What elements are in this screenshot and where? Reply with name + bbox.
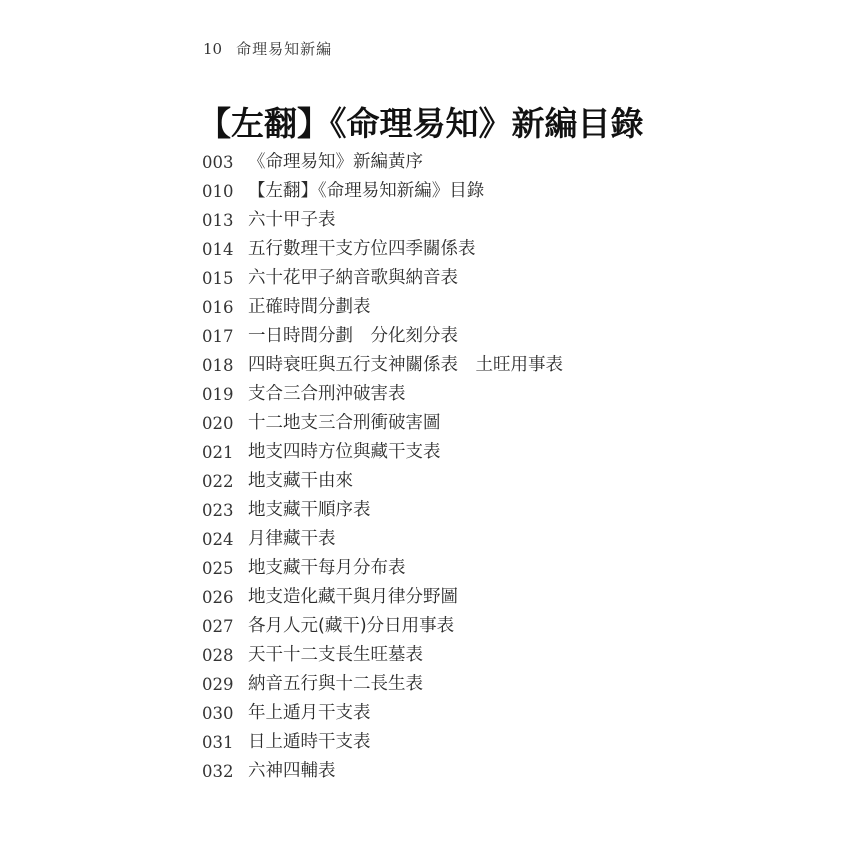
toc-entry-label: 一日時間分劃 分化刻分表 (248, 322, 458, 351)
toc-entry: 025地支藏干每月分布表 (202, 554, 563, 583)
page-number: 10 (203, 40, 222, 58)
toc-entry-label: 五行數理干支方位四季關係表 (248, 235, 476, 264)
toc-entry-label: 日上遁時干支表 (248, 728, 371, 757)
toc-entry: 015六十花甲子納音歌與納音表 (202, 264, 563, 293)
toc-entry-label: 地支藏干順序表 (248, 496, 371, 525)
toc-entry-label: 地支藏干由來 (248, 467, 353, 496)
toc-entry-label: 正確時間分劃表 (248, 293, 371, 322)
toc-page-number: 017 (202, 322, 248, 351)
toc-entry-label: 納音五行與十二長生表 (248, 670, 423, 699)
toc-entry: 028天干十二支長生旺墓表 (202, 641, 563, 670)
toc-page-number: 013 (202, 206, 248, 235)
toc-page-number: 024 (202, 525, 248, 554)
toc-entry: 023地支藏干順序表 (202, 496, 563, 525)
toc-page-number: 027 (202, 612, 248, 641)
toc-page-number: 026 (202, 583, 248, 612)
page-title: 【左翻】《命理易知》新編目錄 (198, 98, 644, 145)
toc-entry-label: 四時衰旺與五行支神關係表 土旺用事表 (248, 351, 563, 380)
toc-entry-label: 支合三合刑沖破害表 (248, 380, 406, 409)
toc-entry: 026地支造化藏干與月律分野圖 (202, 583, 563, 612)
toc-page-number: 010 (202, 177, 248, 206)
toc-entry-label: 各月人元(藏干)分日用事表 (248, 612, 454, 641)
toc-entry: 029納音五行與十二長生表 (202, 670, 563, 699)
table-of-contents: 003《命理易知》新編黃序 010【左翻】《命理易知新編》目錄 013六十甲子表… (202, 148, 563, 786)
running-head-title: 命理易知新編 (236, 38, 332, 59)
toc-page-number: 030 (202, 699, 248, 728)
toc-page-number: 031 (202, 728, 248, 757)
toc-entry-label: 地支造化藏干與月律分野圖 (248, 583, 458, 612)
toc-entry-label: 地支四時方位與藏干支表 (248, 438, 441, 467)
toc-entry: 010【左翻】《命理易知新編》目錄 (202, 177, 563, 206)
toc-page-number: 016 (202, 293, 248, 322)
toc-entry-label: 六十甲子表 (248, 206, 336, 235)
toc-entry: 019支合三合刑沖破害表 (202, 380, 563, 409)
toc-entry: 021地支四時方位與藏干支表 (202, 438, 563, 467)
toc-entry-label: 十二地支三合刑衝破害圖 (248, 409, 441, 438)
toc-entry: 016正確時間分劃表 (202, 293, 563, 322)
toc-entry-label: 《命理易知》新編黃序 (248, 148, 423, 177)
toc-page-number: 019 (202, 380, 248, 409)
toc-page-number: 029 (202, 670, 248, 699)
toc-entry: 018四時衰旺與五行支神關係表 土旺用事表 (202, 351, 563, 380)
toc-page-number: 022 (202, 467, 248, 496)
toc-page-number: 003 (202, 148, 248, 177)
toc-entry: 024月律藏干表 (202, 525, 563, 554)
toc-entry: 032六神四輔表 (202, 757, 563, 786)
toc-entry-label: 年上遁月干支表 (248, 699, 371, 728)
toc-page-number: 028 (202, 641, 248, 670)
toc-entry-label: 六神四輔表 (248, 757, 336, 786)
toc-entry: 017一日時間分劃 分化刻分表 (202, 322, 563, 351)
toc-entry: 022地支藏干由來 (202, 467, 563, 496)
toc-page-number: 023 (202, 496, 248, 525)
toc-entry: 013六十甲子表 (202, 206, 563, 235)
toc-entry-label: 地支藏干每月分布表 (248, 554, 406, 583)
toc-page-number: 014 (202, 235, 248, 264)
toc-entry: 027各月人元(藏干)分日用事表 (202, 612, 563, 641)
toc-entry-label: 月律藏干表 (248, 525, 336, 554)
toc-entry: 031日上遁時干支表 (202, 728, 563, 757)
toc-entry-label: 天干十二支長生旺墓表 (248, 641, 423, 670)
toc-page-number: 015 (202, 264, 248, 293)
toc-entry: 030年上遁月干支表 (202, 699, 563, 728)
toc-page-number: 032 (202, 757, 248, 786)
toc-entry: 020十二地支三合刑衝破害圖 (202, 409, 563, 438)
toc-entry-label: 【左翻】《命理易知新編》目錄 (248, 177, 484, 206)
toc-page-number: 020 (202, 409, 248, 438)
running-head: 10 命理易知新編 (203, 38, 332, 59)
toc-page-number: 018 (202, 351, 248, 380)
toc-page-number: 025 (202, 554, 248, 583)
toc-entry-label: 六十花甲子納音歌與納音表 (248, 264, 458, 293)
toc-page-number: 021 (202, 438, 248, 467)
toc-entry: 014五行數理干支方位四季關係表 (202, 235, 563, 264)
toc-entry: 003《命理易知》新編黃序 (202, 148, 563, 177)
